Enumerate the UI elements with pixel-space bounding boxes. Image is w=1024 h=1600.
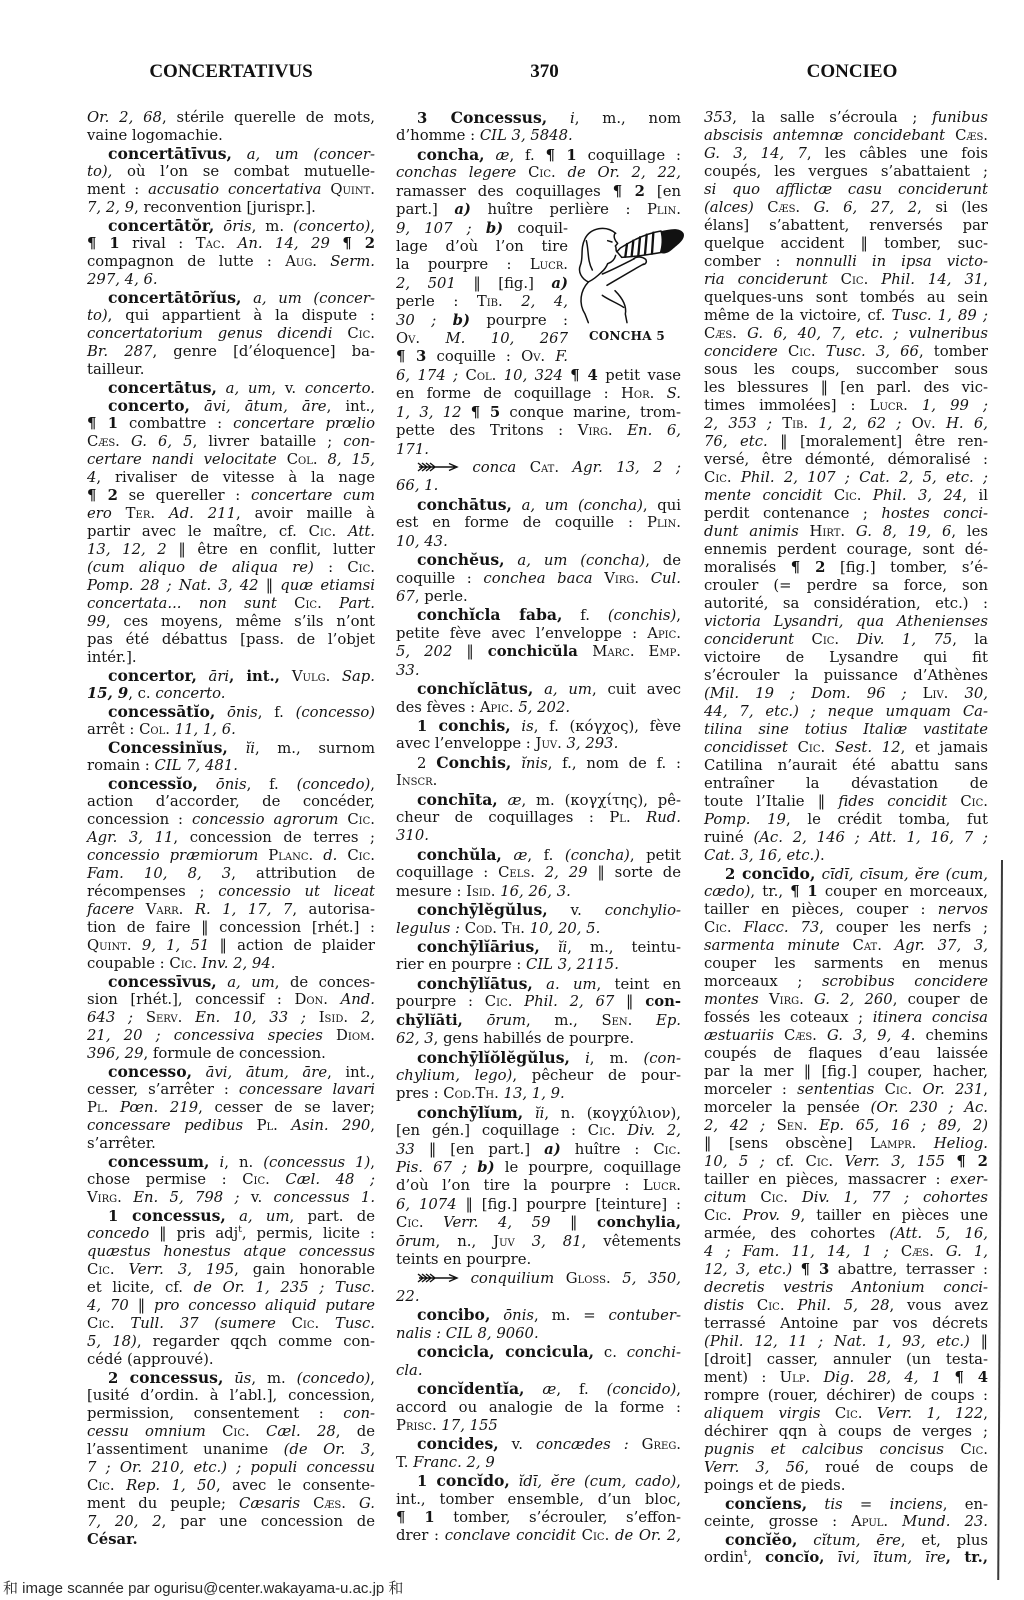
italic-text: CIL 7, 481. bbox=[155, 757, 238, 774]
text-run: ‖ bbox=[129, 1297, 154, 1314]
text-run: [en gén.] coquillage : bbox=[396, 1122, 588, 1139]
italic-text: Pomp. 19 bbox=[704, 811, 786, 828]
text-line: mesure : Isid. 16, 26, 3. bbox=[396, 883, 681, 901]
author-abbreviation: Cic. bbox=[87, 1315, 130, 1332]
text-run: concession : bbox=[87, 811, 192, 828]
author-abbreviation: Cic. bbox=[798, 739, 835, 756]
author-abbreviation: Plin. bbox=[647, 514, 681, 531]
author-abbreviation: Cic. bbox=[292, 1315, 335, 1332]
author-abbreviation: Hor. bbox=[621, 385, 667, 402]
italic-text: concessus 1. bbox=[274, 1189, 376, 1206]
author-abbreviation: Cic. bbox=[834, 487, 873, 504]
author-abbreviation: Quint. bbox=[330, 181, 375, 198]
text-line: romain : CIL 7, 481. bbox=[87, 757, 375, 775]
italic-text: āri bbox=[197, 668, 229, 685]
italic-text: Verr. 3, 195 bbox=[129, 1261, 235, 1278]
italic-text: æ bbox=[502, 847, 528, 864]
italic-text: de Or. 2, bbox=[615, 1527, 681, 1544]
headword: concessātĭo, bbox=[108, 702, 215, 721]
text-run: , la bbox=[952, 631, 988, 648]
italic-text: d. bbox=[323, 847, 347, 864]
text-run: arrêt : bbox=[87, 721, 139, 738]
text-line: cheur de coquillages : Pl. Rud. bbox=[396, 809, 681, 827]
author-abbreviation: Cic. bbox=[242, 1171, 285, 1188]
italic-text: Cæl. 28 bbox=[266, 1423, 336, 1440]
italic-text: G. 6, 40, 7, etc. ; vulneribus bbox=[747, 325, 988, 342]
italic-text: (con- bbox=[644, 1050, 682, 1067]
italic-text: (de Or. 3, bbox=[284, 1441, 375, 1458]
author-abbreviation: Tib. bbox=[782, 415, 818, 432]
author-abbreviation: Sen. bbox=[777, 1117, 819, 1134]
text-run: , petit bbox=[630, 847, 681, 864]
text-run: ‖ être en conflit, lutter bbox=[167, 541, 375, 558]
text-run: , cuit avec bbox=[592, 681, 681, 698]
text-line: poings et de pieds. bbox=[704, 1477, 988, 1495]
headword: conchātus, bbox=[417, 495, 512, 514]
italic-text: Verr. 4, 59 bbox=[443, 1214, 550, 1231]
text-run: quelques-uns sont tombés au sein bbox=[704, 289, 988, 306]
text-run: , bbox=[983, 1081, 988, 1098]
entry-first-line: conquilium Gloss. 5, 350, bbox=[396, 1270, 681, 1288]
text-run: , m. bbox=[252, 218, 293, 235]
text-run: , concession de terres ; bbox=[173, 829, 375, 846]
text-line: entraîner la dévastation de bbox=[704, 775, 988, 793]
text-run: d’homme : bbox=[396, 127, 480, 144]
italic-text: Div. 2, bbox=[627, 1122, 681, 1139]
bold-text: ¶ 2 bbox=[87, 487, 118, 504]
headword: conchȳlĭātus, bbox=[417, 974, 533, 993]
text-line: crouler (= perdre sa force, son bbox=[704, 577, 988, 595]
author-abbreviation: Cic. bbox=[169, 955, 201, 972]
text-run: ‖ bbox=[614, 993, 645, 1010]
text-line: Catilina n’aurait été abattu sans bbox=[704, 757, 988, 775]
headword: concicla, concicula, bbox=[417, 1342, 594, 1361]
bold-text: ¶ 1 bbox=[790, 883, 817, 900]
author-abbreviation: Cic. bbox=[87, 1477, 126, 1494]
entry-first-line: 1 concĭdo, ĭdī, ĕre (cum, cado), bbox=[396, 1472, 681, 1490]
author-abbreviation: Marc. Emp. bbox=[592, 643, 681, 660]
entry-first-line: concertor, āri, int., Vulg. Sap. bbox=[87, 667, 375, 685]
italic-text: 13, 12, 2 bbox=[87, 541, 167, 558]
italic-text: fides concidit bbox=[838, 793, 960, 810]
italic-text: accusatio concertativa bbox=[148, 181, 330, 198]
italic-text: 10, 5 ; bbox=[704, 1153, 776, 1170]
italic-text: 4 bbox=[87, 469, 96, 486]
text-line: 5, 202 ‖ conchicŭla Marc. Emp. bbox=[396, 643, 681, 661]
italic-text: tilina sine totius Italiæ vastitate bbox=[704, 721, 988, 738]
bold-italic-text: a) bbox=[454, 201, 471, 218]
author-abbreviation: Pl. bbox=[87, 1099, 120, 1116]
text-line: (alces) Cæs. G. 6, 27, 2, si (les bbox=[704, 199, 988, 217]
text-run: ramasser des coquillages bbox=[396, 183, 613, 200]
italic-text: Agr. 3, 11 bbox=[87, 829, 173, 846]
text-line: morceler la pensée (Or. 230 ; Ac. bbox=[704, 1099, 988, 1117]
text-line: lage d’où l’on tire bbox=[396, 238, 568, 256]
text-line: ment du peuple; Cæsaris Cæs. G. bbox=[87, 1495, 375, 1513]
text-run: , bbox=[370, 1154, 375, 1171]
italic-text: cĭtum, ēre bbox=[797, 1532, 900, 1549]
text-run: , m. bbox=[251, 1370, 296, 1387]
italic-text: ĭi bbox=[228, 740, 255, 757]
text-line: 4, rivaliser de vitesse à la nage bbox=[87, 469, 375, 487]
author-abbreviation: Tib. bbox=[477, 293, 521, 310]
text-run: times immolées] : bbox=[704, 397, 870, 414]
italic-text: contuber- bbox=[608, 1307, 681, 1324]
text-line: certare nandi velocitate Col. 8, 15, bbox=[87, 451, 375, 469]
author-abbreviation: Cic. bbox=[757, 1297, 797, 1314]
italic-text: scrobibus concidere bbox=[822, 973, 988, 990]
text-run: , m., teintu- bbox=[567, 939, 681, 956]
author-abbreviation: Quint. bbox=[87, 937, 142, 954]
text-line: 21, 20 ; concessiva species Diom. bbox=[87, 1027, 375, 1045]
text-line: 66, 1. bbox=[396, 477, 681, 495]
text-run: où l’on se combat mutuelle- bbox=[112, 163, 375, 180]
text-line: Pomp. 19, le crédit tomba, fut bbox=[704, 811, 988, 829]
feathered-arrow-icon bbox=[417, 462, 459, 472]
bold-italic-text: a) bbox=[544, 1141, 561, 1158]
italic-text: Tusc. 1, 89 ; bbox=[892, 307, 988, 324]
italic-text: Pomp. 28 ; Nat. 3, 42 bbox=[87, 577, 259, 594]
text-line: montes Virg. G. 2, 260, couper de bbox=[704, 991, 988, 1009]
italic-text: conquilium bbox=[459, 1270, 566, 1287]
text-run: , f. bbox=[247, 776, 297, 793]
text-line: armée, des cohortes (Att. 5, 16, bbox=[704, 1225, 988, 1243]
text-run: , m., nom bbox=[575, 110, 681, 127]
entry-first-line: conchŭla, æ, f. (concha), petit bbox=[396, 846, 681, 864]
text-line: morceaux ; scrobibus concidere bbox=[704, 973, 988, 991]
bold-text: 2 bbox=[725, 866, 742, 883]
text-run: , c. bbox=[128, 685, 155, 702]
text-line: ¶ 1 combattre : concertare prœlio bbox=[87, 415, 375, 433]
headword: concessus, bbox=[130, 1368, 224, 1387]
italic-text: ūs bbox=[223, 1370, 251, 1387]
text-run: , bbox=[370, 218, 375, 235]
text-run: versé, être démonté, démoralisé : bbox=[704, 451, 988, 468]
text-run: ceinte, grosse : bbox=[704, 1513, 851, 1530]
text-run: , v. bbox=[271, 380, 304, 397]
text-run: est en forme de coquille : bbox=[396, 514, 647, 531]
headword: concessĭo, bbox=[108, 774, 198, 793]
text-run: , bbox=[676, 1381, 681, 1398]
author-abbreviation: Isid. bbox=[466, 883, 500, 900]
text-run: , m. (κογχίτης), pê- bbox=[521, 792, 681, 809]
italic-text: mente concidit bbox=[704, 487, 834, 504]
italic-text: (concedo) bbox=[297, 776, 371, 793]
author-abbreviation: Cic. bbox=[760, 1189, 801, 1206]
headword: Concessus, bbox=[451, 108, 548, 127]
text-line: quæstus honestus atque concessus bbox=[87, 1243, 375, 1261]
text-line: æstuariis Cæs. G. 3, 9, 4. chemins bbox=[704, 1027, 988, 1045]
text-line: conciderunt Cic. Div. 1, 75, la bbox=[704, 631, 988, 649]
text-run: , avec le consente- bbox=[216, 1477, 375, 1494]
italic-text: 310. bbox=[396, 827, 429, 844]
text-run: intér.]. bbox=[87, 649, 137, 666]
entry-first-line: conchĭcla faba, f. (conchis), bbox=[396, 606, 681, 624]
text-run: , les bbox=[951, 523, 988, 540]
text-line: ramasser des coquillages ¶ 2 [en bbox=[396, 183, 681, 201]
italic-text: (concessus 1) bbox=[263, 1154, 370, 1171]
author-abbreviation: Gloss. bbox=[566, 1270, 623, 1287]
author-abbreviation: Cic. bbox=[841, 271, 882, 288]
text-run: int., tomber ensemble, d’un bloc, bbox=[396, 1491, 681, 1508]
text-line: coupable : Cic. Inv. 2, 94. bbox=[87, 955, 375, 973]
text-line: Cic. Flacc. 73, couper les nerfs ; bbox=[704, 919, 988, 937]
author-abbreviation: Lampr. bbox=[870, 1135, 934, 1152]
text-run: , bbox=[676, 607, 681, 624]
italic-text: 13, 1, 9. bbox=[504, 1085, 565, 1102]
text-run: , n., bbox=[436, 1233, 494, 1250]
text-run: action d’accorder, de concéder, bbox=[87, 793, 375, 810]
triton-conch-icon bbox=[565, 220, 690, 325]
italic-text: 297, 4, 6. bbox=[87, 271, 158, 288]
headword: concessus, bbox=[132, 1206, 226, 1225]
text-run: , par une concession de bbox=[162, 1513, 375, 1530]
author-abbreviation: Cæs. bbox=[87, 433, 131, 450]
text-run: se quereller : bbox=[118, 487, 251, 504]
text-run: , couper les nerfs ; bbox=[819, 919, 988, 936]
italic-text: 16, 26, 3. bbox=[500, 883, 571, 900]
author-abbreviation: Col. bbox=[139, 721, 175, 738]
text-run: , de bbox=[645, 552, 681, 569]
headword: conchĭcla faba, bbox=[417, 605, 562, 624]
italic-text: concerto. bbox=[155, 685, 225, 702]
italic-text: nervos bbox=[938, 901, 988, 918]
italic-text: cla. bbox=[396, 1362, 423, 1379]
text-line: mente concidit Cic. Phil. 3, 24, il bbox=[704, 487, 988, 505]
text-run: accord ou analogie de la forme : bbox=[396, 1399, 681, 1416]
headword: concertor, bbox=[108, 666, 197, 685]
italic-text: (concedo) bbox=[297, 1370, 371, 1387]
text-line: sarmenta minute Cat. Agr. 37, 3, bbox=[704, 937, 988, 955]
text-line: moralisés ¶ 2 [fig.] tomber, s’é- bbox=[704, 559, 988, 577]
text-line: concessio præmiorum Planc. d. Cic. bbox=[87, 847, 375, 865]
text-run: 2 bbox=[417, 755, 436, 772]
text-run: coquille : bbox=[426, 348, 521, 365]
text-run: coupés, les vergues s’abattaient ; bbox=[704, 163, 988, 180]
text-run: tomber, s’écrouler, s’effon- bbox=[435, 1509, 681, 1526]
text-run: tion de faire ‖ concession [rhét.] : bbox=[87, 919, 375, 936]
text-line: dunt animis Hirt. G. 8, 19, 6, les bbox=[704, 523, 988, 541]
italic-text: 5, 202. bbox=[518, 699, 570, 716]
entry-first-line: 1 conchis, is, f. (κόγχος), fève bbox=[396, 717, 681, 735]
text-run: conque marine, trom- bbox=[500, 404, 681, 421]
author-abbreviation: Apic. bbox=[480, 699, 518, 716]
text-run: , gain honorable bbox=[234, 1261, 375, 1278]
text-line: permission, consentement : con- bbox=[87, 1405, 375, 1423]
italic-text: concessare pedibus bbox=[87, 1117, 257, 1134]
text-run: , int., bbox=[327, 398, 375, 415]
text-line: Pis. 67 ; b) le pourpre, coquillage bbox=[396, 1159, 681, 1177]
italic-text: ōrum bbox=[463, 1012, 526, 1029]
italic-text: concessare lavari bbox=[239, 1081, 375, 1098]
text-line: int., tomber ensemble, d’un bloc, bbox=[396, 1491, 681, 1509]
italic-text: concessio ut liceat bbox=[218, 883, 375, 900]
conch-blower-illustration bbox=[565, 220, 690, 325]
entry-first-line: concertātōrĭus, a, um (concer- bbox=[87, 289, 375, 307]
text-line: 10, 5 ; cf. Cic. Verr. 3, 155 ¶ 2 bbox=[704, 1153, 988, 1171]
italic-text: concertare prœlio bbox=[233, 415, 375, 432]
text-run: comber : bbox=[704, 253, 796, 270]
text-line: s’écrouler la puissance d’Athènes bbox=[704, 667, 988, 685]
text-line: Prisc. 17, 155 bbox=[396, 1417, 681, 1435]
text-line: comber : nonnulli in ipsa victo- bbox=[704, 253, 988, 271]
text-line: coquillage : Cels. 2, 29 ‖ sorte de bbox=[396, 864, 681, 882]
italic-text: īvi, ītum, īre bbox=[824, 1549, 945, 1566]
headword: concĭĕo, bbox=[725, 1530, 797, 1549]
text-line: avec l’enveloppe : Juv. 3, 293. bbox=[396, 735, 681, 753]
text-run: , vous avez bbox=[890, 1297, 988, 1314]
text-line: aliquem virgis Cic. Verr. 1, 122, bbox=[704, 1405, 988, 1423]
text-line: times immolées] : Lucr. 1, 99 ; bbox=[704, 397, 988, 415]
text-run: s’arrêter. bbox=[87, 1135, 156, 1152]
text-run: déchirer qqn à coups de verges ; bbox=[704, 1423, 988, 1440]
italic-text: conca bbox=[459, 459, 530, 476]
text-run: mesure : bbox=[396, 883, 466, 900]
author-abbreviation: Liv. bbox=[923, 685, 965, 702]
text-line: action d’accorder, de concéder, bbox=[87, 793, 375, 811]
author-abbreviation: Col. bbox=[287, 451, 328, 468]
italic-text: aliquem virgis bbox=[704, 1405, 835, 1422]
italic-text: Or. 2, 68 bbox=[87, 109, 162, 126]
italic-text: Phil. 14, 31 bbox=[881, 271, 983, 288]
bold-italic-text: b) bbox=[477, 1159, 494, 1176]
text-line: quelque accident ‖ tomber, suc- bbox=[704, 235, 988, 253]
text-run: pette des Tritons : bbox=[396, 422, 578, 439]
text-run: , permis, licite : bbox=[242, 1225, 375, 1242]
text-run: , genre [d’éloquence] ba- bbox=[152, 343, 375, 360]
bold-text: 1 bbox=[417, 1473, 436, 1490]
italic-text: nonnulli in ipsa victo- bbox=[796, 253, 988, 270]
text-line: déchirer qqn à coups de verges ; bbox=[704, 1423, 988, 1441]
entry-first-line: conchĭclātus, a, um, cuit avec bbox=[396, 680, 681, 698]
author-abbreviation: Cæs. bbox=[313, 1495, 359, 1512]
italic-text: ĭdī, ĕre (cum, cado) bbox=[510, 1473, 676, 1490]
text-run: ordin bbox=[704, 1549, 744, 1566]
text-line: 2, 42 ; Sen. Ep. 65, 16 ; 89, 2) bbox=[704, 1117, 988, 1135]
entry-first-line: concessīvus, a, um, de conces- bbox=[87, 973, 375, 991]
author-abbreviation: Varr. bbox=[146, 901, 195, 918]
text-line: terrassé Antoine par vos décrets bbox=[704, 1315, 988, 1333]
italic-text: F. bbox=[555, 348, 568, 365]
italic-text: nalis : CIL 8, 9060. bbox=[396, 1325, 539, 1342]
text-line: 2, 501 ‖ [fig.] a) bbox=[396, 275, 568, 293]
italic-text: Phil. 5, 28 bbox=[797, 1297, 889, 1314]
text-line: 62, 3, gens habillés de pourpre. bbox=[396, 1030, 681, 1048]
text-run: , tr., bbox=[750, 883, 790, 900]
entry-first-line: concha, æ, f. ¶ 1 coquillage : bbox=[396, 146, 681, 164]
text-line: ¶ 1 rival : Tac. An. 14, 29 ¶ 2 bbox=[87, 235, 375, 253]
italic-text: Serm. bbox=[330, 253, 375, 270]
text-line: T. Franc. 2, 9 bbox=[396, 1454, 681, 1472]
text-line: ment : accusatio concertativa Quint. bbox=[87, 181, 375, 199]
italic-text: montes bbox=[704, 991, 769, 1008]
guide-word-left: CONCERTATIVUS bbox=[87, 61, 375, 83]
text-run: coquil- bbox=[503, 220, 568, 237]
italic-text: a, um bbox=[217, 380, 272, 397]
author-abbreviation: Cod. Th. bbox=[465, 920, 530, 937]
text-run: , bbox=[676, 1473, 681, 1490]
italic-text: 17, 155 bbox=[441, 1417, 497, 1434]
author-abbreviation: Prisc. bbox=[396, 1417, 441, 1434]
text-line: petite fève avec l’enveloppe : Apic. bbox=[396, 625, 681, 643]
text-line: si quo afflictæ casu conciderunt bbox=[704, 181, 988, 199]
italic-text: 22. bbox=[396, 1288, 420, 1305]
text-line: 6, 1074 ‖ [fig.] pourpre [teinture] : bbox=[396, 1196, 681, 1214]
text-run: cf. bbox=[776, 1153, 805, 1170]
text-run: , regarder qqch comme con- bbox=[137, 1333, 375, 1350]
text-run: terrassé Antoine par vos décrets bbox=[704, 1315, 988, 1332]
italic-text: 396, 29 bbox=[87, 1045, 143, 1062]
italic-text: Prov. 9 bbox=[743, 1207, 801, 1224]
italic-text: CIL 3, 5848. bbox=[480, 127, 573, 144]
text-run: moralisés bbox=[704, 559, 791, 576]
italic-text: 6, 174 ; bbox=[396, 367, 466, 384]
italic-text: Sap. bbox=[342, 668, 375, 685]
bold-italic-text: 15, 9 bbox=[87, 685, 128, 702]
author-abbreviation: Ov. bbox=[912, 415, 946, 432]
italic-text: 8, 15, bbox=[327, 451, 375, 468]
italic-text: (cum aliquo de aliqua re) bbox=[87, 559, 314, 576]
text-line: victoria Lysandri, qua Athenienses bbox=[704, 613, 988, 631]
text-line: victoire de Lysandre qui fit bbox=[704, 649, 988, 667]
text-line: abscisis antemnæ concidebant Cæs. bbox=[704, 127, 988, 145]
text-run: morceler la pensée bbox=[704, 1099, 871, 1116]
text-run: perle : bbox=[396, 293, 477, 310]
italic-text: CIL 3, 2115. bbox=[526, 956, 619, 973]
author-abbreviation: Planc. bbox=[268, 847, 323, 864]
text-line: rier en pourpre : CIL 3, 2115. bbox=[396, 956, 681, 974]
italic-text: certare nandi velocitate bbox=[87, 451, 287, 468]
text-line: perdit contenance ; hostes conci- bbox=[704, 505, 988, 523]
text-line: 13, 12, 2 ‖ être en conflit, lutter bbox=[87, 541, 375, 559]
text-line: 33. bbox=[396, 662, 681, 680]
text-line: 22. bbox=[396, 1288, 681, 1306]
text-run: , la salle s’écroula ; bbox=[732, 109, 932, 126]
text-line: Virg. En. 5, 798 ; v. concessus 1. bbox=[87, 1189, 375, 1207]
text-line: intér.]. bbox=[87, 649, 375, 667]
author-abbreviation: Plin. bbox=[647, 201, 681, 218]
text-run: tailleur. bbox=[87, 361, 144, 378]
italic-text: a. um bbox=[533, 976, 597, 993]
author-abbreviation: Cat. bbox=[530, 459, 573, 476]
bold-text: ¶ 4 bbox=[955, 1369, 988, 1386]
text-line: 643 ; Serv. En. 10, 33 ; Isid. 2, bbox=[87, 1009, 375, 1027]
italic-text: a, um bbox=[217, 974, 275, 991]
italic-text: 21, 20 ; concessiva species bbox=[87, 1027, 336, 1044]
text-line: pourpre : Cic. Phil. 2, 67 ‖ con- bbox=[396, 993, 681, 1011]
author-abbreviation: Cic. bbox=[309, 523, 348, 540]
italic-text: ĭnis bbox=[511, 755, 547, 772]
text-line: les blessures ‖ [en parl. des vic- bbox=[704, 379, 988, 397]
text-line: même de la victoire, cf. Tusc. 1, 89 ; bbox=[704, 307, 988, 325]
italic-text: And. bbox=[341, 991, 375, 1008]
text-run: , reconvention [jurispr.]. bbox=[134, 199, 316, 216]
italic-text: ōnis bbox=[198, 776, 247, 793]
italic-text: Flacc. 73 bbox=[744, 919, 820, 936]
author-abbreviation: Cic. bbox=[347, 325, 375, 342]
text-line: (Phil. 12, 11 ; Nat. 1, 93, etc.) ‖ bbox=[704, 1333, 988, 1351]
bold-text: César. bbox=[87, 1531, 138, 1548]
italic-text: concidere bbox=[704, 343, 788, 360]
entry-first-line: concĭens, tis = inciens, en- bbox=[704, 1495, 988, 1513]
italic-text: 7, 2, 9 bbox=[87, 199, 134, 216]
italic-text: ero bbox=[87, 505, 126, 522]
italic-text: 2, bbox=[361, 1009, 375, 1026]
italic-text: decretis vestris Antonium conci- bbox=[704, 1279, 988, 1296]
text-run: la pourpre : bbox=[396, 256, 530, 273]
italic-text: tis = inciens bbox=[807, 1496, 943, 1513]
author-abbreviation: Cæs. bbox=[955, 127, 988, 144]
